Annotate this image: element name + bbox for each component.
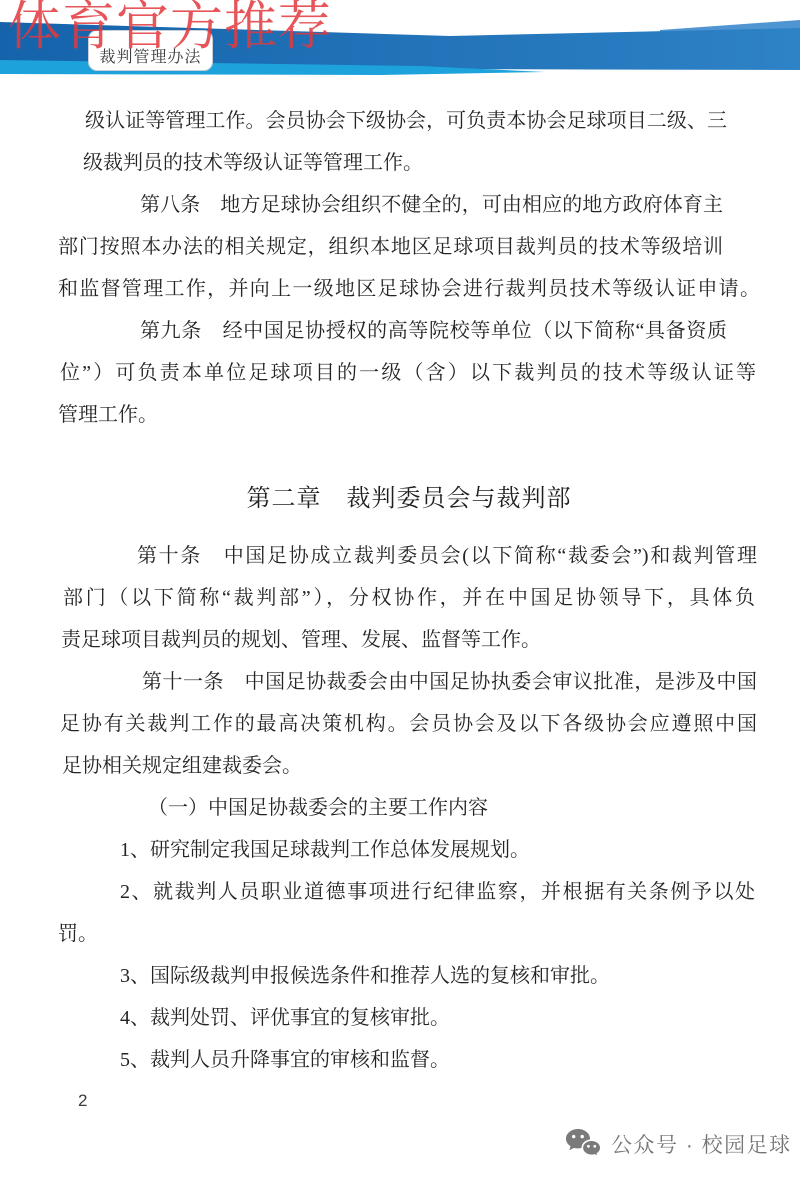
text-line: （一）中国足协裁委会的主要工作内容 — [58, 787, 760, 829]
text-line: 5、裁判人员升降事宜的审核和监督。 — [58, 1039, 760, 1081]
footer-label: 公众号 · 校园足球 — [611, 1129, 792, 1159]
text-line: 罚。 — [58, 913, 760, 955]
text-line: 第九条 经中国足协授权的高等院校等单位（以下简称“具备资质单 — [58, 310, 760, 352]
page-number: 2 — [78, 1091, 87, 1111]
text-line: 2、就裁判人员职业道德事项进行纪律监察，并根据有关条例予以处 — [58, 871, 760, 913]
text-line: 管理工作。 — [58, 394, 760, 436]
footer: 公众号 · 校园足球 — [565, 1128, 792, 1160]
text-line: 级认证等管理工作。会员协会下级协会，可负责本协会足球项目二级、三 — [58, 100, 760, 142]
text-line: 部门按照本办法的相关规定，组织本地区足球项目裁判员的技术等级培训 — [58, 226, 760, 268]
text-line: 第十一条 中国足协裁委会由中国足协执委会审议批准，是涉及中国 — [58, 661, 760, 703]
chapter-heading: 第二章 裁判委员会与裁判部 — [58, 478, 760, 520]
text-line: 和监督管理工作，并向上一级地区足球协会进行裁判员技术等级认证申请。 — [58, 268, 760, 310]
text-line: 第八条 地方足球协会组织不健全的，可由相应的地方政府体育主管 — [58, 184, 760, 226]
text-line: 4、裁判处罚、评优事宜的复核审批。 — [58, 997, 760, 1039]
text-line: 1、研究制定我国足球裁判工作总体发展规划。 — [58, 829, 760, 871]
text-line: 足协有关裁判工作的最高决策机构。会员协会及以下各级协会应遵照中国 — [58, 703, 760, 745]
text-line: 足协相关规定组建裁委会。 — [58, 745, 760, 787]
text-line: 3、国际级裁判申报候选条件和推荐人选的复核和审批。 — [58, 955, 760, 997]
text-line: 级裁判员的技术等级认证等管理工作。 — [58, 142, 760, 184]
watermark-text: 体育官方推荐 — [8, 0, 332, 56]
text-line: 部门（以下简称“裁判部”），分权协作，并在中国足协领导下，具体负 — [58, 577, 760, 619]
text-line: 第十条 中国足协成立裁判委员会(以下简称“裁委会”)和裁判管理 — [58, 535, 760, 577]
wechat-icon — [565, 1128, 601, 1160]
document-body: 级认证等管理工作。会员协会下级协会，可负责本协会足球项目二级、三级裁判员的技术等… — [58, 100, 760, 1081]
text-line: 位”）可负责本单位足球项目的一级（含）以下裁判员的技术等级认证等 — [58, 352, 760, 394]
text-line: 责足球项目裁判员的规划、管理、发展、监督等工作。 — [58, 619, 760, 661]
